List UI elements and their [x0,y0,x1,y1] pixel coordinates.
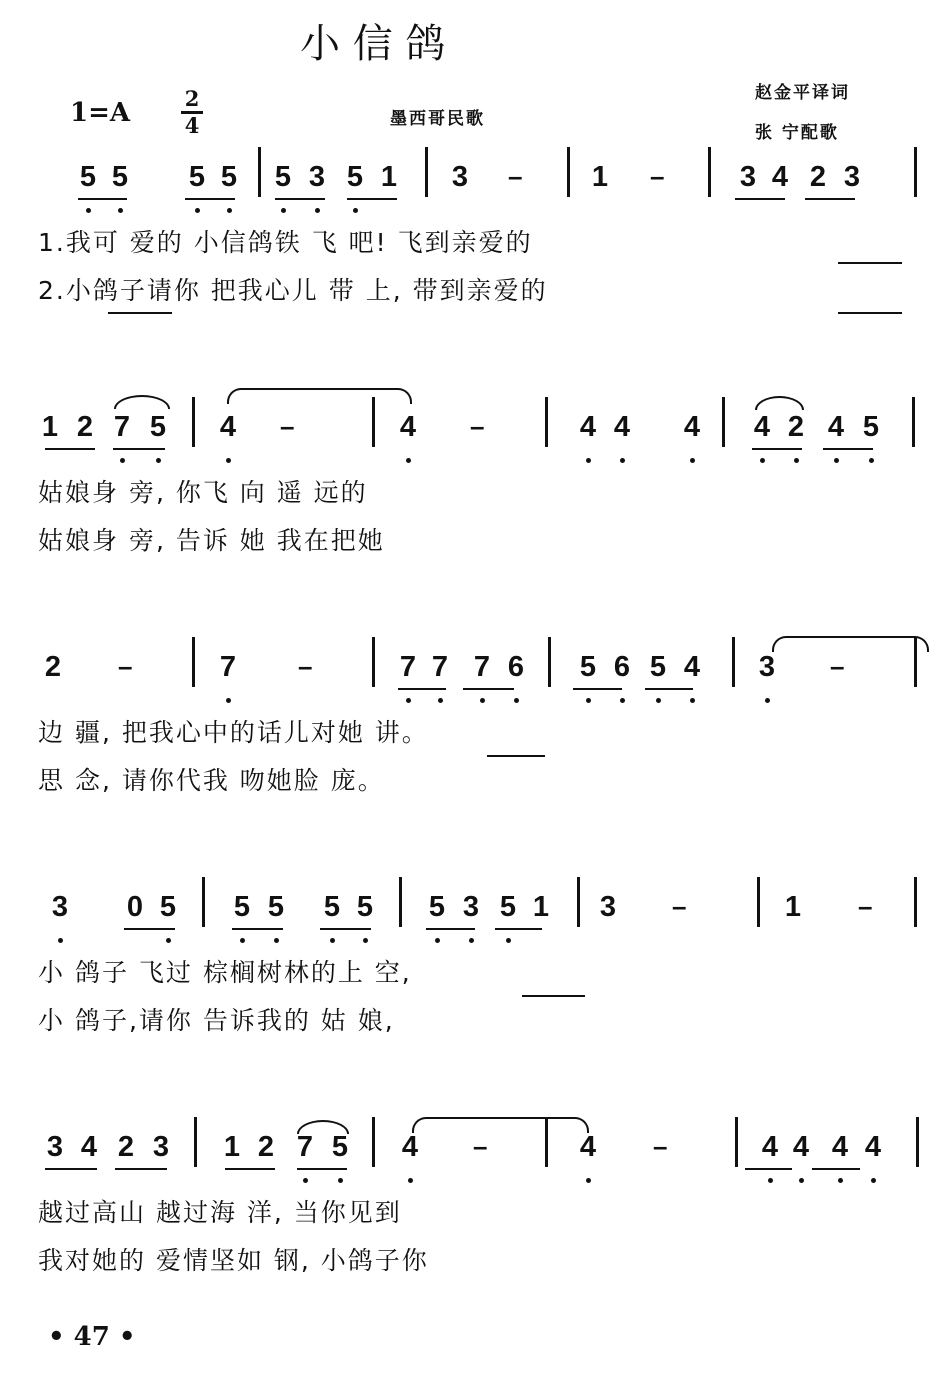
low-octave-dot [435,938,440,943]
note-3: 3 [842,161,862,194]
note-5: 5 [322,891,342,924]
note-3: 3 [461,891,481,924]
low-octave-dot [120,458,125,463]
beam-underline [297,1168,347,1170]
note-1: 1 [590,161,610,194]
low-octave-dot [514,698,519,703]
tie-slur [297,1120,349,1134]
note-4: 4 [400,1131,420,1164]
sustain-dash: – [473,1131,487,1162]
low-octave-dot [363,938,368,943]
tie-slur [412,1117,589,1133]
low-octave-dot [834,458,839,463]
lyric-slur-line [108,312,172,314]
barline [722,397,725,447]
lyric-verse-2: 姑娘身 旁, 告诉 她 我在把她 [38,521,385,557]
note-2: 2 [116,1131,136,1164]
barline [548,637,551,687]
barline [914,877,917,927]
note-5: 5 [330,1131,350,1164]
note-3: 3 [450,161,470,194]
note-3: 3 [738,161,758,194]
note-3: 3 [151,1131,171,1164]
lyric-slur-line [487,755,545,757]
beam-underline [275,198,325,200]
note-4: 4 [612,411,632,444]
note-7: 7 [430,651,450,684]
low-octave-dot [406,698,411,703]
low-octave-dot [871,1178,876,1183]
note-2: 2 [786,411,806,444]
note-3: 3 [757,651,777,684]
note-1: 1 [379,161,399,194]
low-octave-dot [353,208,358,213]
low-octave-dot [768,1178,773,1183]
note-7: 7 [472,651,492,684]
note-4: 4 [863,1131,883,1164]
note-5: 5 [158,891,178,924]
low-octave-dot [240,938,245,943]
barline [577,877,580,927]
song-origin: 墨西哥民歌 [390,104,485,129]
low-octave-dot [799,1178,804,1183]
note-4: 4 [826,411,846,444]
tie-slur [772,636,929,652]
tie-slur [755,396,804,410]
sustain-dash: – [672,891,686,922]
low-octave-dot [315,208,320,213]
note-4: 4 [682,651,702,684]
barline [399,877,402,927]
lyric-verse-1: 姑娘身 旁, 你飞 向 遥 远的 [38,473,368,509]
note-5: 5 [219,161,239,194]
beam-underline [185,198,235,200]
note-4: 4 [218,411,238,444]
beam-underline [573,688,622,690]
barline [372,1117,375,1167]
note-5: 5 [232,891,252,924]
sustain-dash: – [470,411,484,442]
barline [912,397,915,447]
low-octave-dot [765,698,770,703]
key-signature: 1=A [70,98,130,128]
beam-underline [398,688,446,690]
low-octave-dot [656,698,661,703]
beam-underline [232,928,283,930]
low-octave-dot [227,208,232,213]
low-octave-dot [586,698,591,703]
beam-underline [45,1168,97,1170]
low-octave-dot [226,458,231,463]
note-4: 4 [578,1131,598,1164]
note-5: 5 [861,411,881,444]
low-octave-dot [438,698,443,703]
low-octave-dot [156,458,161,463]
low-octave-dot [690,698,695,703]
barline [735,1117,738,1167]
beam-underline [745,1168,792,1170]
sustain-dash: – [280,411,294,442]
barline [425,147,428,197]
beam-underline [645,688,693,690]
low-octave-dot [760,458,765,463]
sustain-dash: – [830,651,844,682]
note-5: 5 [110,161,130,194]
low-octave-dot [274,938,279,943]
lyric-slur-line [838,262,902,264]
note-6: 6 [612,651,632,684]
barline [258,147,261,197]
low-octave-dot [869,458,874,463]
note-3: 3 [45,1131,65,1164]
tie-slur [114,395,170,409]
note-4: 4 [398,411,418,444]
barline [194,1117,197,1167]
low-octave-dot [330,938,335,943]
low-octave-dot [690,458,695,463]
song-title: 小 信 鸽 [300,12,445,69]
beam-underline [823,448,873,450]
sustain-dash: – [298,651,312,682]
note-5: 5 [78,161,98,194]
beam-underline [225,1168,275,1170]
lyric-verse-2: 思 念, 请你代我 吻她脸 庞。 [38,761,385,797]
note-2: 2 [75,411,95,444]
barline [202,877,205,927]
low-octave-dot [620,458,625,463]
sustain-dash: – [118,651,132,682]
low-octave-dot [58,938,63,943]
low-octave-dot [338,1178,343,1183]
note-5: 5 [578,651,598,684]
note-1: 1 [222,1131,242,1164]
lyricist-credit: 赵金平译词 [755,78,850,103]
low-octave-dot [195,208,200,213]
note-3: 3 [307,161,327,194]
note-7: 7 [112,411,132,444]
sustain-dash: – [858,891,872,922]
note-4: 4 [830,1131,850,1164]
note-4: 4 [752,411,772,444]
lyric-slur-line [522,995,585,997]
lyric-verse-1: 越过高山 越过海 洋, 当你见到 [38,1193,402,1229]
note-5: 5 [187,161,207,194]
beam-underline [426,928,475,930]
low-octave-dot [838,1178,843,1183]
beam-underline [735,198,785,200]
beam-underline [805,198,855,200]
note-2: 2 [43,651,63,684]
time-top: 2 [185,86,200,111]
barline [372,397,375,447]
beam-underline [347,198,397,200]
note-5: 5 [266,891,286,924]
note-5: 5 [498,891,518,924]
barline [732,637,735,687]
note-4: 4 [79,1131,99,1164]
sustain-dash: – [508,161,522,192]
note-6: 6 [506,651,526,684]
arranger-credit: 张 宁配歌 [755,118,839,143]
low-octave-dot [586,458,591,463]
note-3: 3 [50,891,70,924]
beam-underline [320,928,371,930]
low-octave-dot [226,698,231,703]
note-5: 5 [345,161,365,194]
barline [567,147,570,197]
note-7: 7 [398,651,418,684]
beam-underline [124,928,175,930]
low-octave-dot [480,698,485,703]
lyric-verse-1: 1.我可 爱的 小信鸽铁 飞 吧! 飞到亲爱的 [38,223,533,259]
note-4: 4 [682,411,702,444]
low-octave-dot [620,698,625,703]
sustain-dash: – [650,161,664,192]
note-5: 5 [148,411,168,444]
note-4: 4 [578,411,598,444]
page-number: • 47 • [48,1322,136,1352]
barline [192,637,195,687]
note-5: 5 [355,891,375,924]
beam-underline [113,448,165,450]
note-2: 2 [808,161,828,194]
barline [545,397,548,447]
note-1: 1 [40,411,60,444]
barline [914,147,917,197]
lyric-verse-2: 小 鸽子,请你 告诉我的 姑 娘, [38,1001,395,1037]
beam-underline [752,448,802,450]
time-signature: 2 4 [181,88,203,137]
sustain-dash: – [653,1131,667,1162]
note-5: 5 [648,651,668,684]
low-octave-dot [794,458,799,463]
note-0: 0 [125,891,145,924]
low-octave-dot [281,208,286,213]
beam-underline [78,198,127,200]
note-4: 4 [770,161,790,194]
note-4: 4 [791,1131,811,1164]
low-octave-dot [408,1178,413,1183]
note-7: 7 [295,1131,315,1164]
beam-underline [495,928,542,930]
low-octave-dot [166,938,171,943]
barline [757,877,760,927]
lyric-verse-1: 小 鸽子 飞过 棕榈树林的上 空, [38,953,412,989]
low-octave-dot [303,1178,308,1183]
barline [916,1117,919,1167]
barline [372,637,375,687]
barline [192,397,195,447]
note-3: 3 [598,891,618,924]
low-octave-dot [86,208,91,213]
low-octave-dot [469,938,474,943]
note-7: 7 [218,651,238,684]
note-5: 5 [273,161,293,194]
lyric-slur-line [838,312,902,314]
beam-underline [463,688,514,690]
note-5: 5 [427,891,447,924]
lyric-verse-1: 边 疆, 把我心中的话儿对她 讲。 [38,713,429,749]
tie-slur [227,388,412,404]
beam-underline [115,1168,167,1170]
low-octave-dot [506,938,511,943]
low-octave-dot [406,458,411,463]
note-2: 2 [256,1131,276,1164]
lyric-verse-2: 2.小鸽子请你 把我心儿 带 上, 带到亲爱的 [38,271,548,307]
note-1: 1 [783,891,803,924]
beam-underline [812,1168,860,1170]
note-1: 1 [531,891,551,924]
low-octave-dot [586,1178,591,1183]
barline [708,147,711,197]
note-4: 4 [760,1131,780,1164]
beam-underline [45,448,95,450]
lyric-verse-2: 我对她的 爱情坚如 钢, 小鸽子你 [38,1241,429,1277]
time-bottom: 4 [185,113,200,138]
low-octave-dot [118,208,123,213]
